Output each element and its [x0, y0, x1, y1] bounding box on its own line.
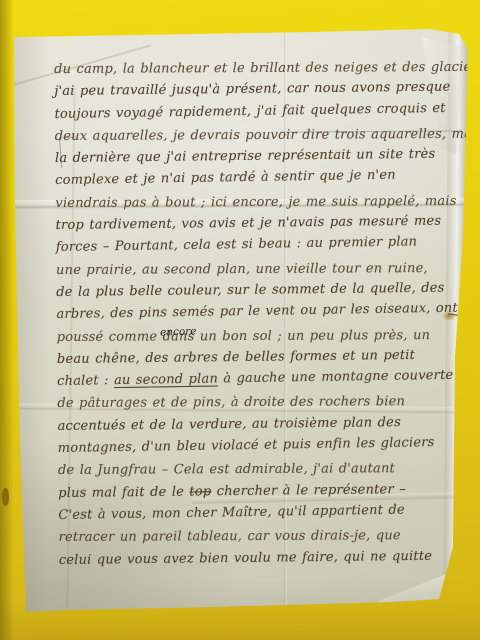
letter-line: chalet : au second plan à gauche une mon… — [57, 365, 459, 394]
letter-line: forces – Pourtant, cela est si beau : au… — [56, 231, 458, 260]
letter-paper: du camp, la blancheur et le brillant des… — [12, 27, 470, 613]
inserted-word: encore — [160, 325, 197, 338]
letter-line: arbres, des pins semés par le vent ou pa… — [56, 298, 458, 327]
background-stain — [2, 488, 9, 506]
letter-line: celui que vous avez bien voulu me faire,… — [59, 545, 461, 572]
background-left-shadow — [0, 0, 14, 640]
photo-scene: du camp, la blancheur et le brillant des… — [0, 0, 480, 640]
letter-line: complexe et je n'ai pas tardé à sentir q… — [55, 164, 457, 193]
letter-text-block: du camp, la blancheur et le brillant des… — [54, 55, 461, 572]
